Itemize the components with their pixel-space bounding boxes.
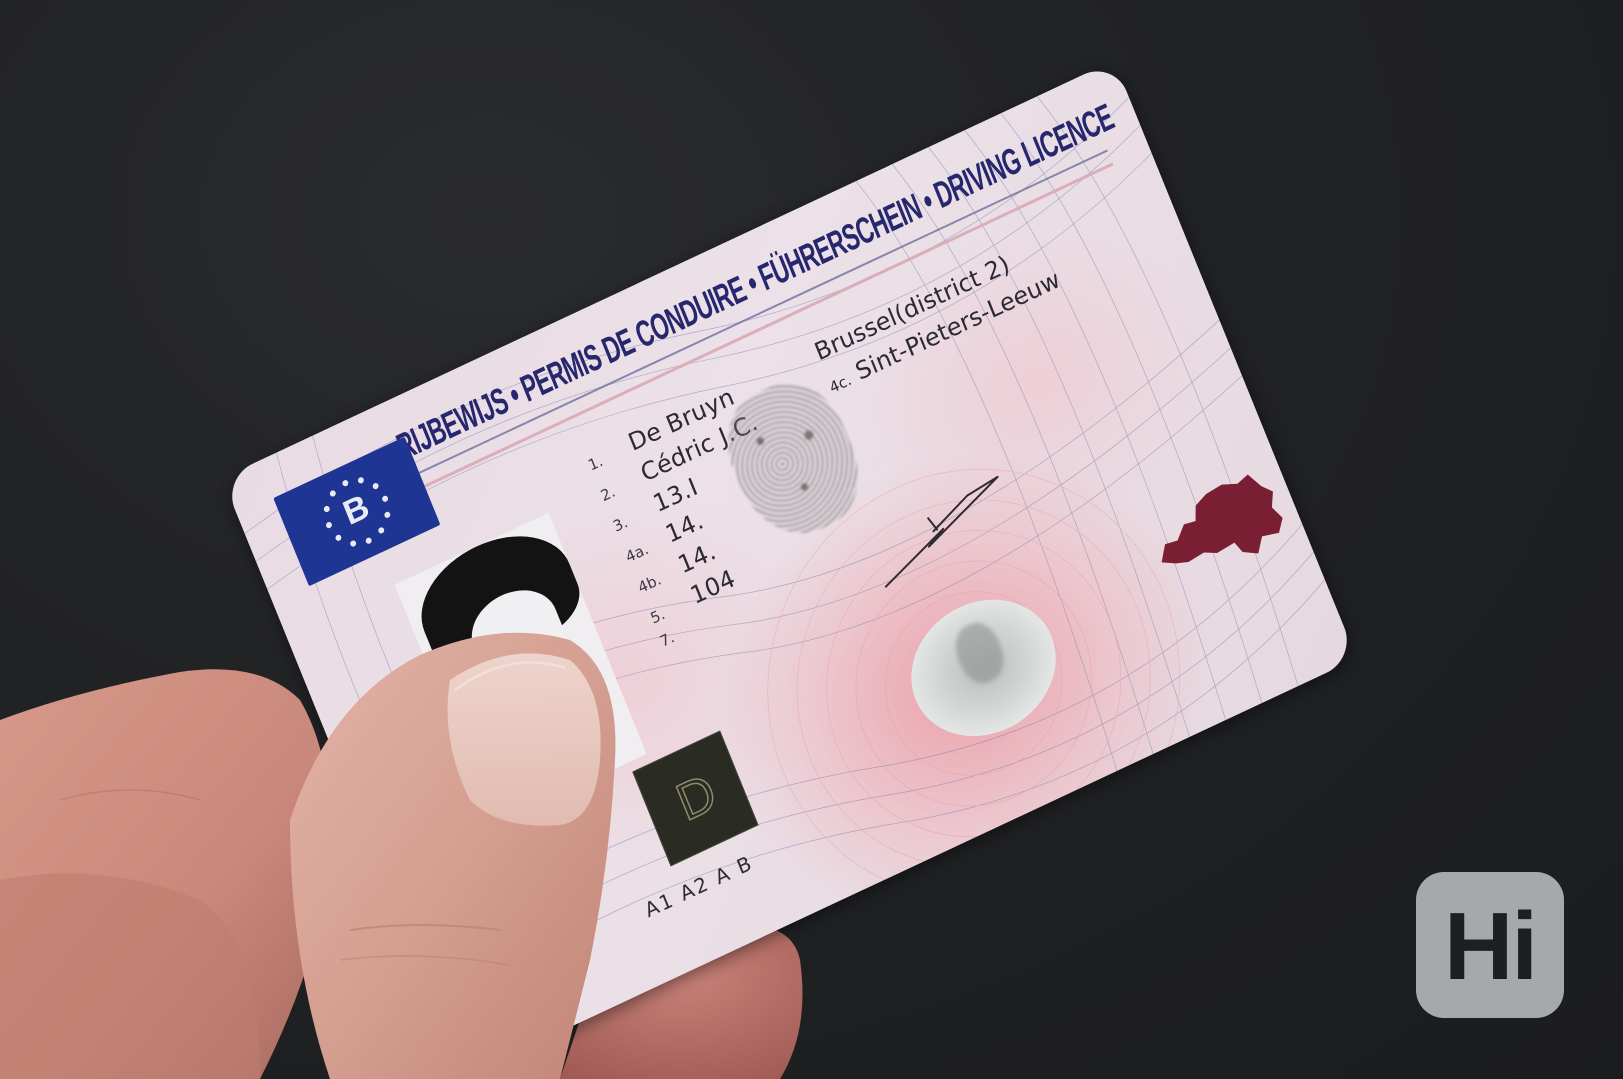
driving-licence-card: RIJBEWIJS • PERMIS DE CONDUIRE • FÜHRERS… [222, 60, 1357, 1076]
chip-glyph: D [668, 762, 725, 834]
logo-text: Hi [1444, 899, 1536, 995]
hologram-portrait [948, 616, 1010, 690]
photo-scene: RIJBEWIJS • PERMIS DE CONDUIRE • FÜHRERS… [0, 0, 1623, 1079]
field-number: 4c. [827, 371, 854, 397]
signature [855, 452, 1039, 598]
holder-photo [395, 513, 647, 826]
licence-categories: A1 A2 A B [641, 850, 756, 922]
hi-watermark-logo: Hi [1416, 872, 1564, 1018]
ghost-image-hologram [891, 576, 1076, 760]
belgium-map-icon [1136, 454, 1299, 602]
security-chip: D [632, 731, 758, 867]
